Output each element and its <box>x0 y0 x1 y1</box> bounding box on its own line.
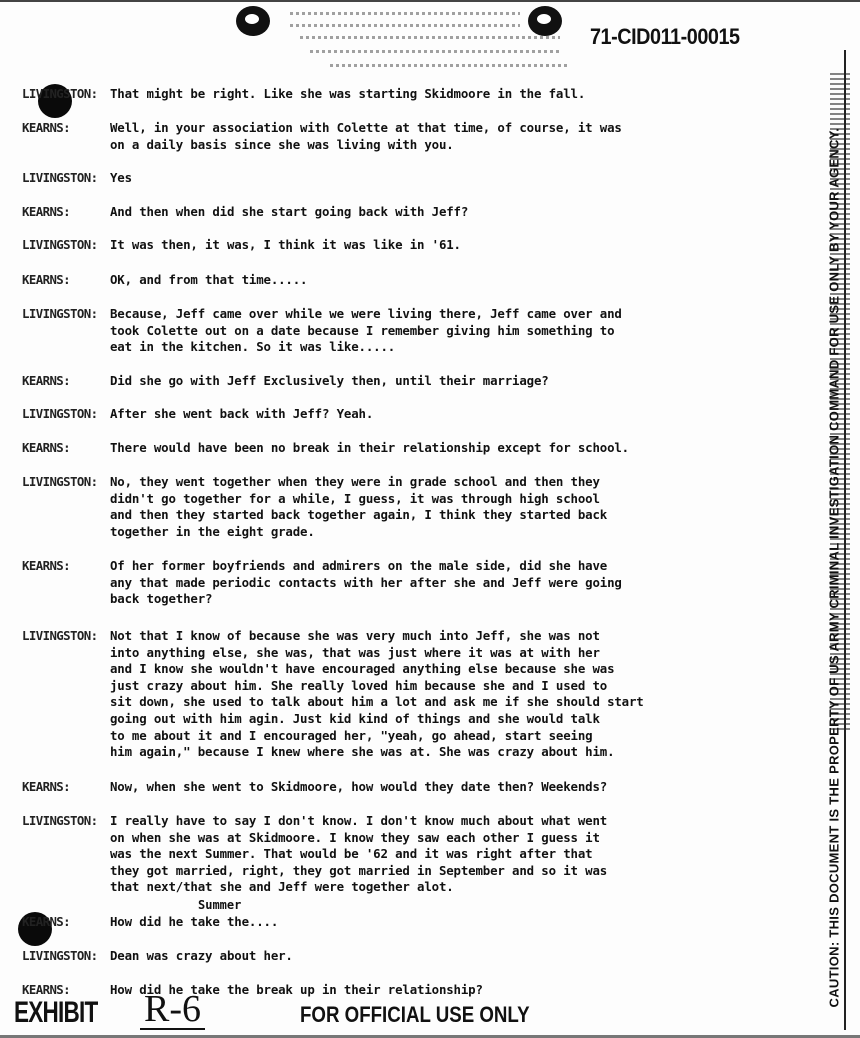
bleed-through-line <box>300 36 560 39</box>
dialogue-text: I really have to say I don't know. I don… <box>110 813 760 896</box>
dialogue-text: It was then, it was, I think it was like… <box>110 237 760 254</box>
speaker-label: LIVINGSTON: <box>22 813 112 830</box>
speaker-label: LIVINGSTON: <box>22 306 112 323</box>
classification-footer: FOR OFFICIAL USE ONLY <box>300 1002 530 1028</box>
dialogue-text: Because, Jeff came over while we were li… <box>110 306 760 356</box>
caution-notice: CAUTION: THIS DOCUMENT IS THE PROPERTY O… <box>827 48 842 1008</box>
speaker-label: LIVINGSTON: <box>22 406 112 423</box>
speaker-label: LIVINGSTON: <box>22 86 112 103</box>
speaker-label: KEARNS: <box>22 779 112 796</box>
document-number: 71-CID011-00015 <box>590 24 740 50</box>
dialogue-text: Now, when she went to Skidmoore, how wou… <box>110 779 760 796</box>
speaker-label: LIVINGSTON: <box>22 948 112 965</box>
speaker-label: KEARNS: <box>22 204 112 221</box>
exhibit-id: R-6 <box>140 990 205 1030</box>
bleed-through-line <box>330 64 570 67</box>
speaker-label: LIVINGSTON: <box>22 474 112 491</box>
dialogue-text: OK, and from that time..... <box>110 272 760 289</box>
speaker-label: KEARNS: <box>22 120 112 137</box>
dialogue-text: No, they went together when they were in… <box>110 474 760 540</box>
speaker-label: KEARNS: <box>22 440 112 457</box>
dialogue-text: Dean was crazy about her. <box>110 948 760 965</box>
speaker-label: KEARNS: <box>22 914 112 931</box>
speaker-label: KEARNS: <box>22 558 112 575</box>
document-page: 71-CID011-00015 LIVINGSTON: That might b… <box>0 0 860 1038</box>
dialogue-text: How did he take the break up in their re… <box>110 982 760 999</box>
bleed-through-line <box>290 12 520 15</box>
punch-hole-top-right <box>528 6 562 36</box>
dialogue-text: Did she go with Jeff Exclusively then, u… <box>110 373 760 390</box>
dialogue-text: There would have been no break in their … <box>110 440 760 457</box>
scan-top-edge <box>0 0 860 2</box>
dialogue-text: Of her former boyfriends and admirers on… <box>110 558 760 608</box>
punch-hole-top-left <box>236 6 270 36</box>
dialogue-text: Not that I know of because she was very … <box>110 628 760 761</box>
dialogue-text: After she went back with Jeff? Yeah. <box>110 406 760 423</box>
dialogue-text: And then when did she start going back w… <box>110 204 760 221</box>
speaker-label: LIVINGSTON: <box>22 628 112 645</box>
dialogue-text: That might be right. Like she was starti… <box>110 86 760 103</box>
dialogue-text: Well, in your association with Colette a… <box>110 120 760 153</box>
dialogue-text: Yes <box>110 170 760 187</box>
exhibit-stamp: EXHIBIT <box>14 996 98 1030</box>
bleed-through-line <box>310 50 560 53</box>
speaker-label: LIVINGSTON: <box>22 237 112 254</box>
speaker-label: KEARNS: <box>22 373 112 390</box>
speaker-label: KEARNS: <box>22 272 112 289</box>
speaker-label: LIVINGSTON: <box>22 170 112 187</box>
handwritten-correction: Summer <box>198 897 241 914</box>
dialogue-text: How did he take the.... <box>110 914 760 931</box>
margin-rule <box>844 50 846 1030</box>
caution-margin: CAUTION: THIS DOCUMENT IS THE PROPERTY O… <box>814 40 850 1030</box>
bleed-through-line <box>290 24 520 27</box>
